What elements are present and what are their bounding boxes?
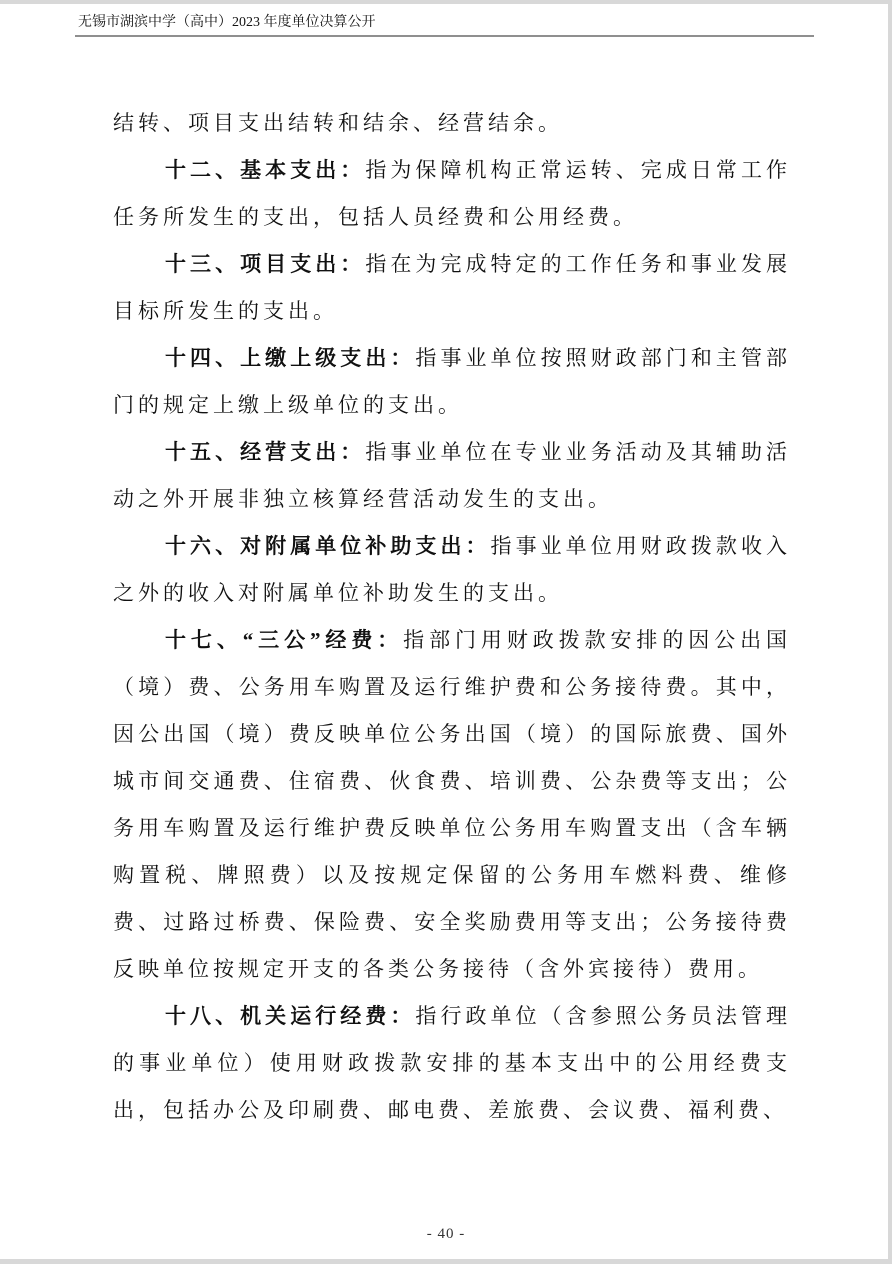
- paragraph: 十三、项目支出：指在为完成特定的工作任务和事业发展目标所发生的支出。: [113, 241, 791, 335]
- paragraph: 结转、项目支出结转和结余、经营结余。: [113, 100, 791, 147]
- page-edge-top: [0, 0, 892, 4]
- header-rule: [75, 35, 814, 37]
- paragraph: 十八、机关运行经费：指行政单位（含参照公务员法管理的事业单位）使用财政拨款安排的…: [113, 993, 791, 1134]
- page-edge-bottom: [0, 1259, 892, 1264]
- term-definition: 结转、项目支出结转和结余、经营结余。: [113, 111, 563, 135]
- term-label: 十四、上缴上级支出：: [165, 346, 415, 370]
- paragraph: 十七、“三公”经费：指部门用财政拨款安排的因公出国（境）费、公务用车购置及运行维…: [113, 617, 791, 993]
- paragraph: 十四、上缴上级支出：指事业单位按照财政部门和主管部门的规定上缴上级单位的支出。: [113, 335, 791, 429]
- document-body: 结转、项目支出结转和结余、经营结余。十二、基本支出：指为保障机构正常运转、完成日…: [113, 100, 791, 1134]
- page-header: 无锡市湖滨中学（高中）2023 年度单位决算公开: [78, 13, 376, 33]
- term-label: 十三、项目支出：: [165, 252, 365, 276]
- term-definition: 指部门用财政拨款安排的因公出国（境）费、公务用车购置及运行维护费和公务接待费。其…: [113, 628, 791, 981]
- term-label: 十二、基本支出：: [165, 158, 365, 182]
- page-footer: - 40 -: [0, 1224, 892, 1244]
- paragraph: 十六、对附属单位补助支出：指事业单位用财政拨款收入之外的收入对附属单位补助发生的…: [113, 523, 791, 617]
- header-title: 无锡市湖滨中学（高中）2023 年度单位决算公开: [78, 15, 376, 30]
- document-page: 无锡市湖滨中学（高中）2023 年度单位决算公开 结转、项目支出结转和结余、经营…: [0, 0, 892, 1264]
- paragraph: 十二、基本支出：指为保障机构正常运转、完成日常工作任务所发生的支出，包括人员经费…: [113, 147, 791, 241]
- term-label: 十七、“三公”经费：: [165, 628, 403, 652]
- paragraph: 十五、经营支出：指事业单位在专业业务活动及其辅助活动之外开展非独立核算经营活动发…: [113, 429, 791, 523]
- term-label: 十五、经营支出：: [165, 440, 365, 464]
- page-edge-right: [888, 0, 892, 1264]
- term-label: 十六、对附属单位补助支出：: [165, 534, 491, 558]
- page-number: - 40 -: [427, 1226, 466, 1242]
- term-label: 十八、机关运行经费：: [165, 1004, 415, 1028]
